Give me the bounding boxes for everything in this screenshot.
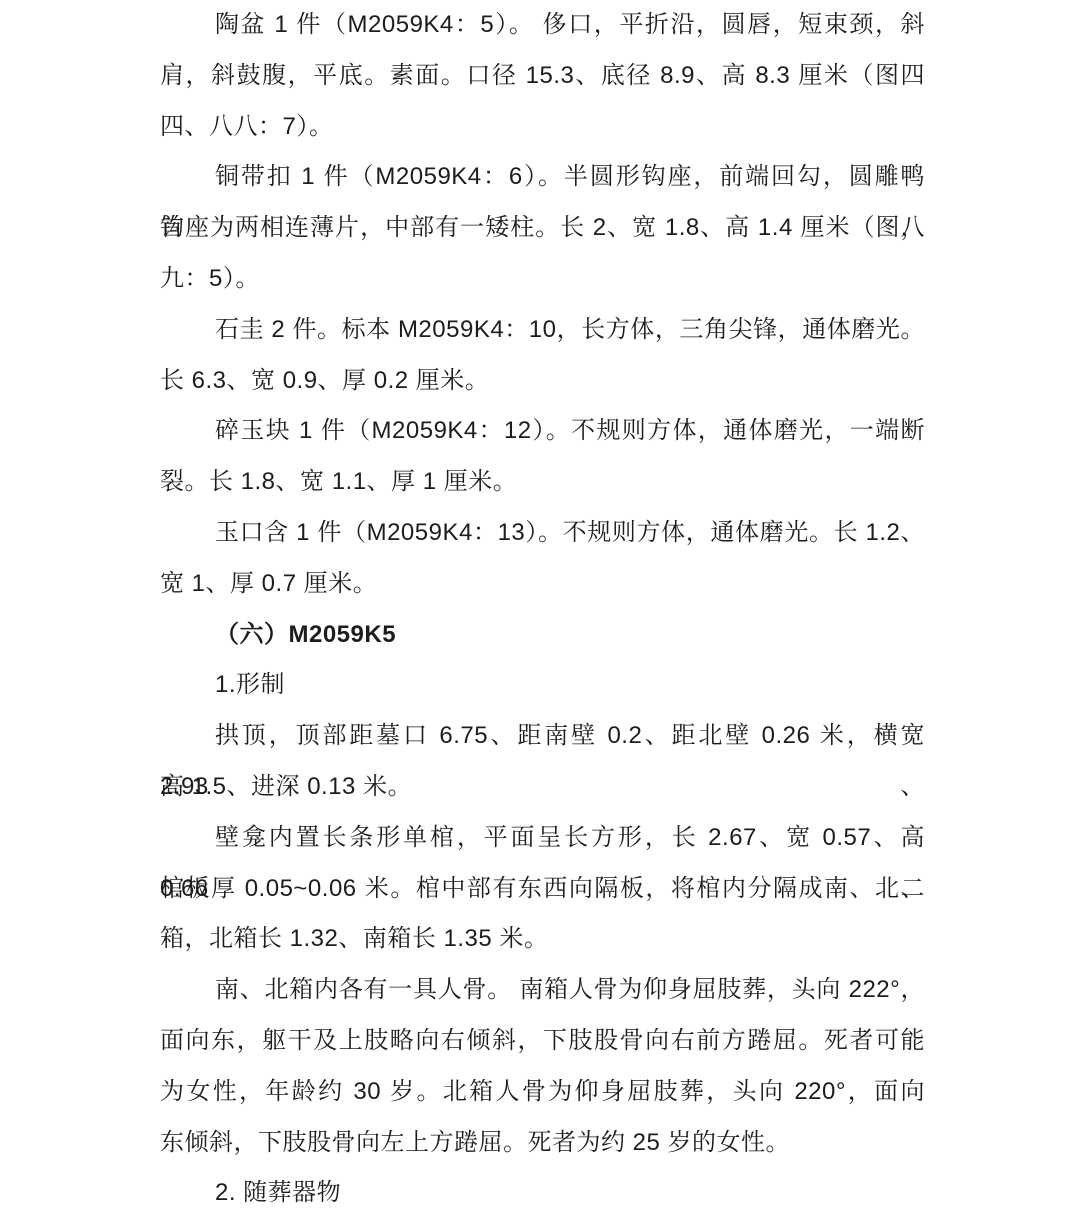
text-line: 九：5）。 [160, 254, 925, 305]
text-line: 陶盆 1 件（M2059K4：5）。 侈口，平折沿，圆唇，短束颈，斜 [160, 0, 925, 51]
text-line: 2. 随葬器物 [160, 1168, 925, 1212]
text-line: 拱顶，顶部距墓口 6.75、距南壁 0.2、距北壁 0.26 米，横宽 2.93… [160, 711, 925, 762]
text-line: 铜带扣 1 件（M2059K4：6）。半圆形钩座，前端回勾，圆雕鸭首， [160, 152, 925, 203]
text-line: 箱，北箱长 1.32、南箱长 1.35 米。 [160, 914, 925, 965]
text-line: 玉口含 1 件（M2059K4：13）。不规则方体，通体磨光。长 1.2、 [160, 508, 925, 559]
paragraph: 碎玉块 1 件（M2059K4：12）。不规则方体，通体磨光，一端断裂。长 1.… [160, 406, 925, 508]
text-line: 面向东，躯干及上肢略向右倾斜，下肢股骨向右前方踡屈。死者可能 [160, 1016, 925, 1067]
paragraph: 南、北箱内各有一具人骨。 南箱人骨为仰身屈肢葬，头向 222°，面向东，躯干及上… [160, 965, 925, 1168]
document-body: 陶盆 1 件（M2059K4：5）。 侈口，平折沿，圆唇，短束颈，斜肩，斜鼓腹，… [160, 0, 925, 1212]
text-line: 棺板厚 0.05~0.06 米。棺中部有东西向隔板，将棺内分隔成南、北二 [160, 864, 925, 915]
paragraph: 陶盆 1 件（M2059K4：5）。 侈口，平折沿，圆唇，短束颈，斜肩，斜鼓腹，… [160, 0, 925, 152]
text-line: 1.形制 [160, 660, 925, 711]
heading: （六）M2059K5 [160, 610, 925, 661]
text-line: 钩座为两相连薄片，中部有一矮柱。长 2、宽 1.8、高 1.4 厘米（图八 [160, 203, 925, 254]
text-line: 四、八八：7）。 [160, 102, 925, 153]
document-page: 陶盆 1 件（M2059K4：5）。 侈口，平折沿，圆唇，短束颈，斜肩，斜鼓腹，… [0, 0, 1080, 1212]
paragraph: 铜带扣 1 件（M2059K4：6）。半圆形钩座，前端回勾，圆雕鸭首，钩座为两相… [160, 152, 925, 304]
text-line: 肩，斜鼓腹，平底。素面。口径 15.3、底径 8.9、高 8.3 厘米（图四 [160, 51, 925, 102]
text-line: 为女性，年龄约 30 岁。北箱人骨为仰身屈肢葬，头向 220°，面向 [160, 1067, 925, 1118]
paragraph: 拱顶，顶部距墓口 6.75、距南壁 0.2、距北壁 0.26 米，横宽 2.93… [160, 711, 925, 813]
text-line: 宽 1、厚 0.7 厘米。 [160, 559, 925, 610]
paragraph: 石圭 2 件。标本 M2059K4：10，长方体，三角尖锋，通体磨光。长 6.3… [160, 305, 925, 407]
text-line: 石圭 2 件。标本 M2059K4：10，长方体，三角尖锋，通体磨光。 [160, 305, 925, 356]
paragraph: 壁龛内置长条形单棺，平面呈长方形，长 2.67、宽 0.57、高 0.66、棺板… [160, 813, 925, 965]
subheading: 1.形制 [160, 660, 925, 711]
text-line: 碎玉块 1 件（M2059K4：12）。不规则方体，通体磨光，一端断 [160, 406, 925, 457]
text-line: 长 6.3、宽 0.9、厚 0.2 厘米。 [160, 356, 925, 407]
text-line: （六）M2059K5 [160, 610, 925, 661]
text-line: 南、北箱内各有一具人骨。 南箱人骨为仰身屈肢葬，头向 222°， [160, 965, 925, 1016]
text-line: 裂。长 1.8、宽 1.1、厚 1 厘米。 [160, 457, 925, 508]
subheading: 2. 随葬器物 [160, 1168, 925, 1212]
text-line: 东倾斜，下肢股骨向左上方踡屈。死者为约 25 岁的女性。 [160, 1118, 925, 1169]
text-line: 壁龛内置长条形单棺，平面呈长方形，长 2.67、宽 0.57、高 0.66、 [160, 813, 925, 864]
paragraph: 玉口含 1 件（M2059K4：13）。不规则方体，通体磨光。长 1.2、宽 1… [160, 508, 925, 610]
